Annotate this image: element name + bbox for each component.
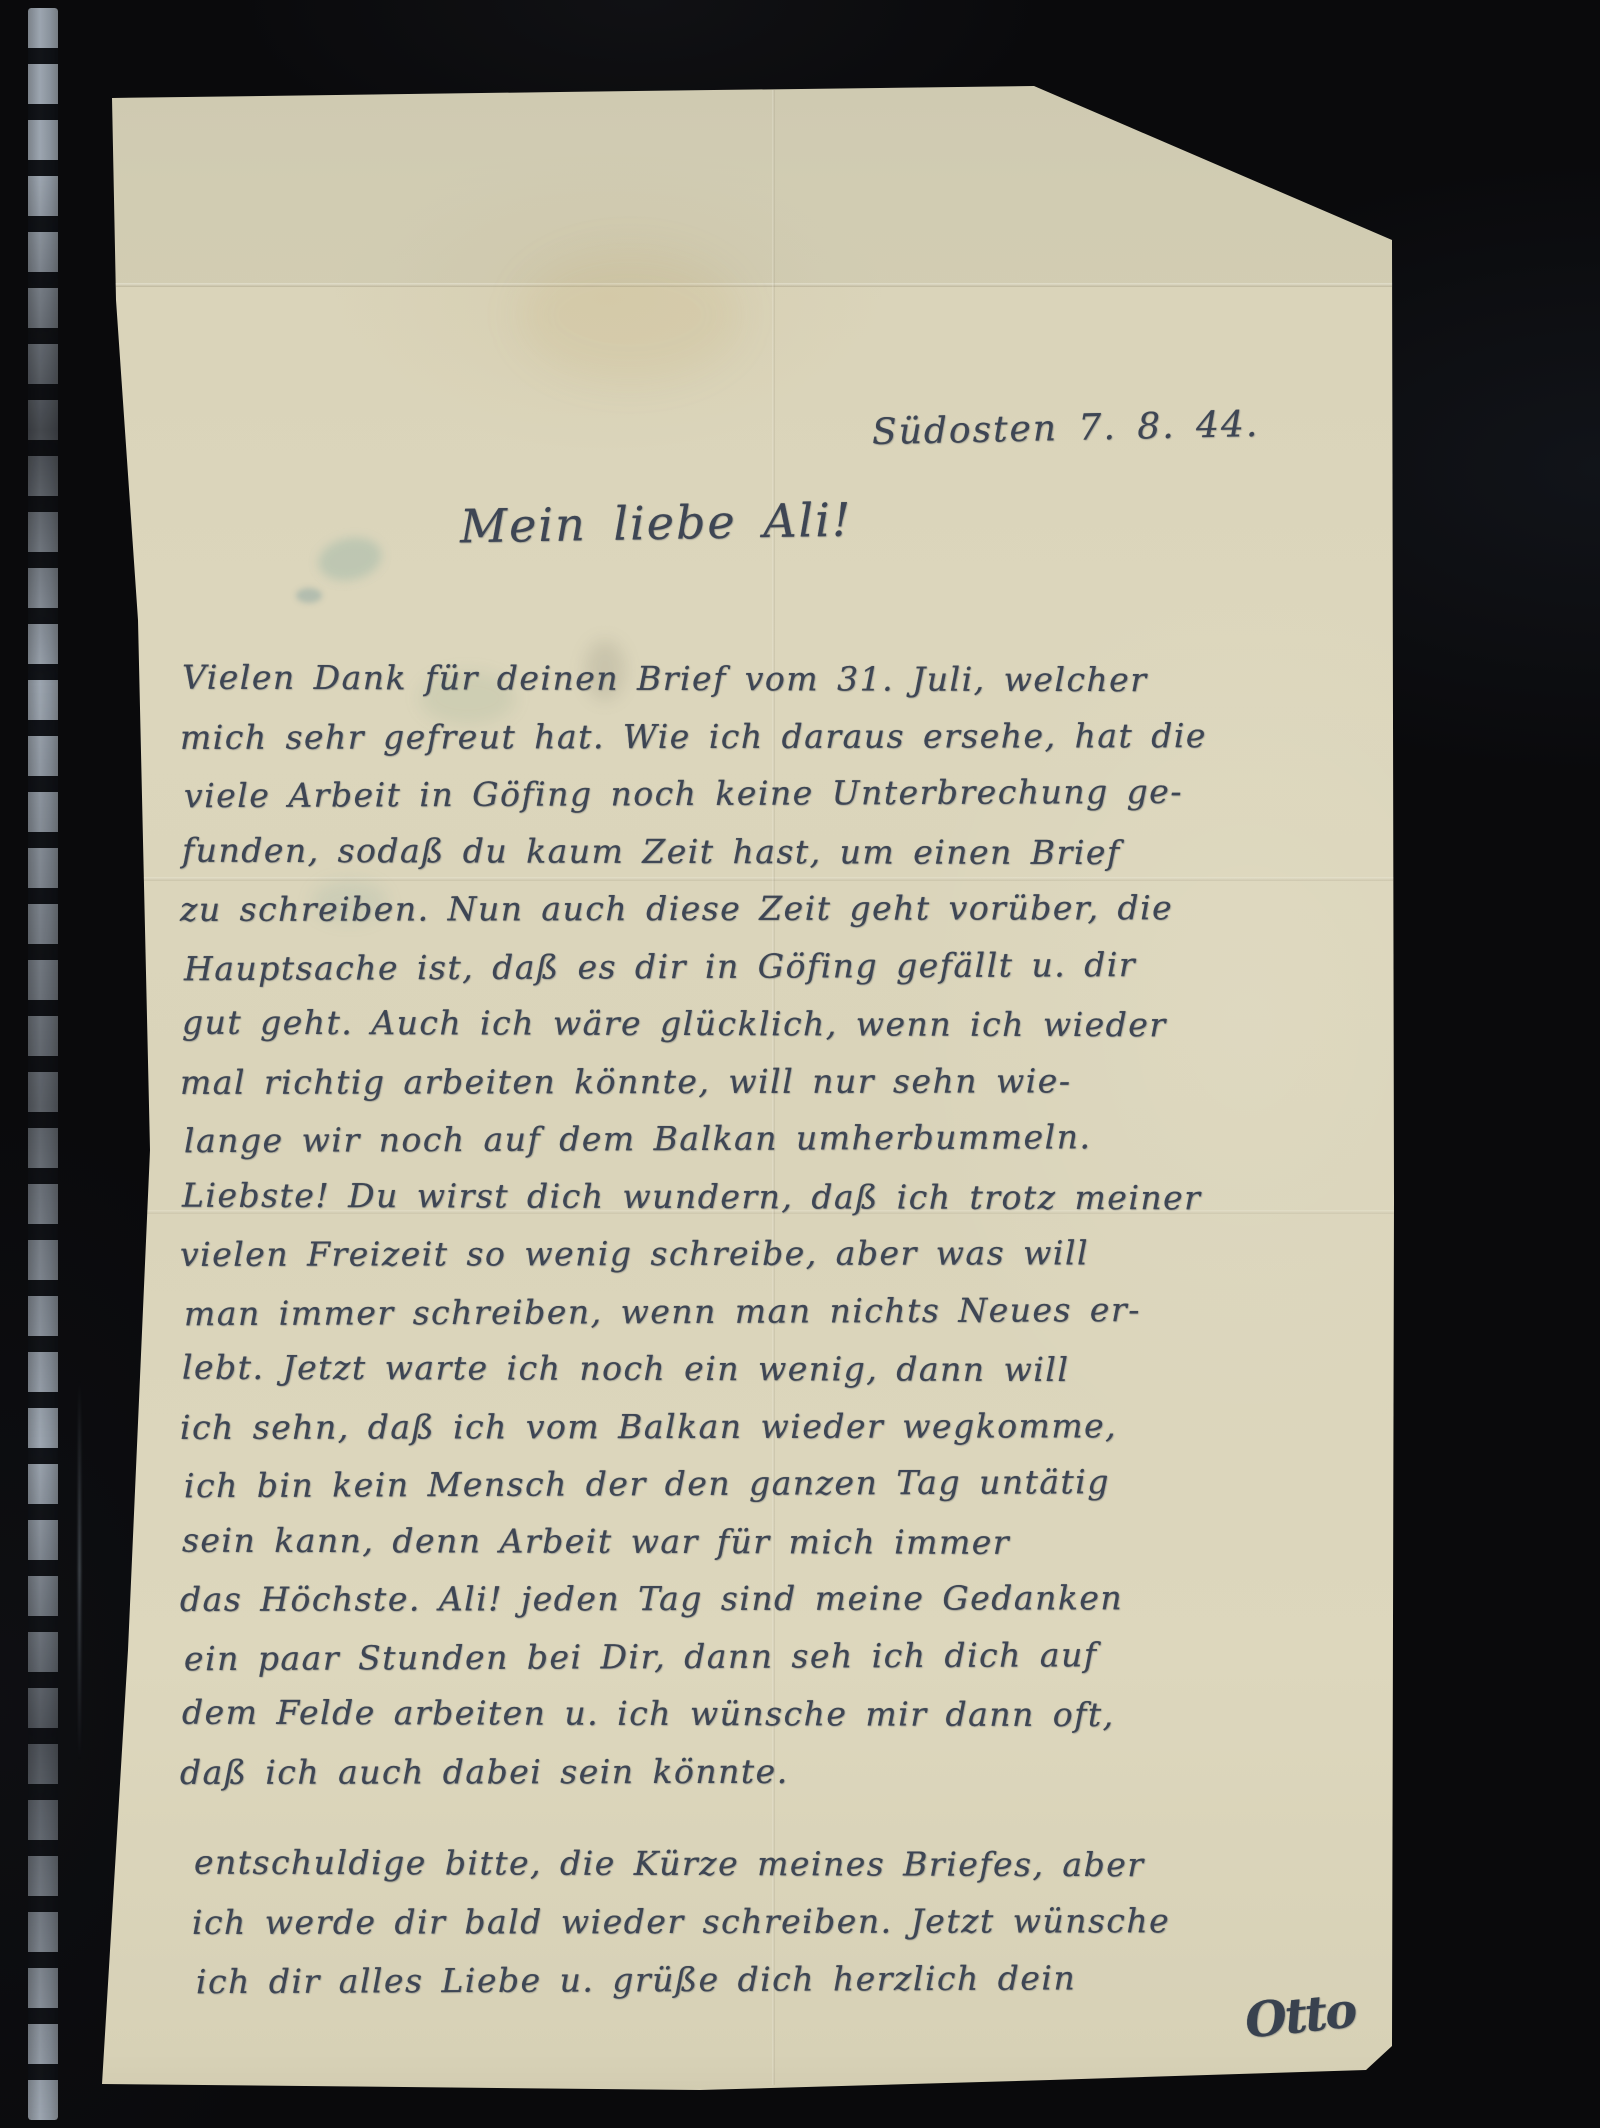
letter-line: ich dir alles Liebe u. grüße dich herzli… [196,1949,1206,2011]
letter-line: ich bin kein Mensch der den ganzen Tag u… [184,1453,1194,1515]
faded-smudge-2 [312,880,387,922]
letter-signature: Otto [1242,1982,1357,2049]
letter-line: dem Felde arbeiten u. ich wünsche mir da… [182,1684,1192,1744]
letter-salutation: Mein liebe Ali! [460,493,853,554]
faded-smudge [420,672,515,724]
letter-line: ich sehn, daß ich vom Balkan wieder wegk… [180,1397,1190,1456]
letter-line: Vielen Dank für deinen Brief vom 31. Jul… [182,649,1192,709]
ink-smudge-small [296,588,322,603]
letter-line: lange wir noch auf dem Balkan umherbumme… [184,1108,1194,1170]
letter-line: funden, sodaß du kaum Zeit hast, um eine… [182,821,1192,881]
age-stain [520,250,740,380]
letter-line: daß ich auch dabei sein könnte. [180,1742,1190,1801]
letter-closing: entschuldige bitte, die Kürze meines Bri… [194,1835,1204,2009]
gray-smudge [585,640,625,700]
plastic-sleeve-glint [78,1380,81,1760]
letter-line: ein paar Stunden bei Dir, dann seh ich d… [184,1625,1194,1687]
letter-line: das Höchste. Ali! jeden Tag sind meine G… [180,1569,1190,1628]
letter-line: entschuldige bitte, die Kürze meines Bri… [194,1834,1204,1895]
fold-crease-lower [95,1210,1395,1214]
letter-date: Südosten 7. 8. 44. [872,404,1260,453]
letter-line: Hauptsache ist, daß es dir in Göfing gef… [184,935,1194,997]
letter-line: Liebste! Du wirst dich wundern, daß ich … [182,1166,1192,1226]
letter-line: gut geht. Auch ich wäre glücklich, wenn … [182,994,1192,1054]
letter-line: ich werde dir bald wieder schreiben. Jet… [192,1892,1202,1952]
letter-line: man immer schreiben, wenn man nichts Neu… [184,1280,1194,1342]
ink-smudge [314,532,385,586]
letter-body: Vielen Dank für deinen Brief vom 31. Jul… [182,650,1192,1800]
binder-perforation-strip [28,8,58,2120]
letter-paper: Südosten 7. 8. 44. Mein liebe Ali! Viele… [0,0,1600,2128]
letter-line: lebt. Jetzt warte ich noch ein wenig, da… [182,1339,1192,1399]
fold-crease-vertical [772,90,775,2085]
letter-line: viele Arbeit in Göfing noch keine Unterb… [184,763,1194,825]
letter-line: vielen Freizeit so wenig schreibe, aber … [180,1224,1190,1283]
letter-line: mich sehr gefreut hat. Wie ich daraus er… [180,707,1190,766]
fold-crease-middle [95,877,1395,881]
letter-line: mal richtig arbeiten könnte, will nur se… [180,1052,1190,1111]
letter-line: sein kann, denn Arbeit war für mich imme… [182,1511,1192,1571]
letter-line: zu schreiben. Nun auch diese Zeit geht v… [180,879,1190,938]
fold-crease-top [95,283,1395,287]
